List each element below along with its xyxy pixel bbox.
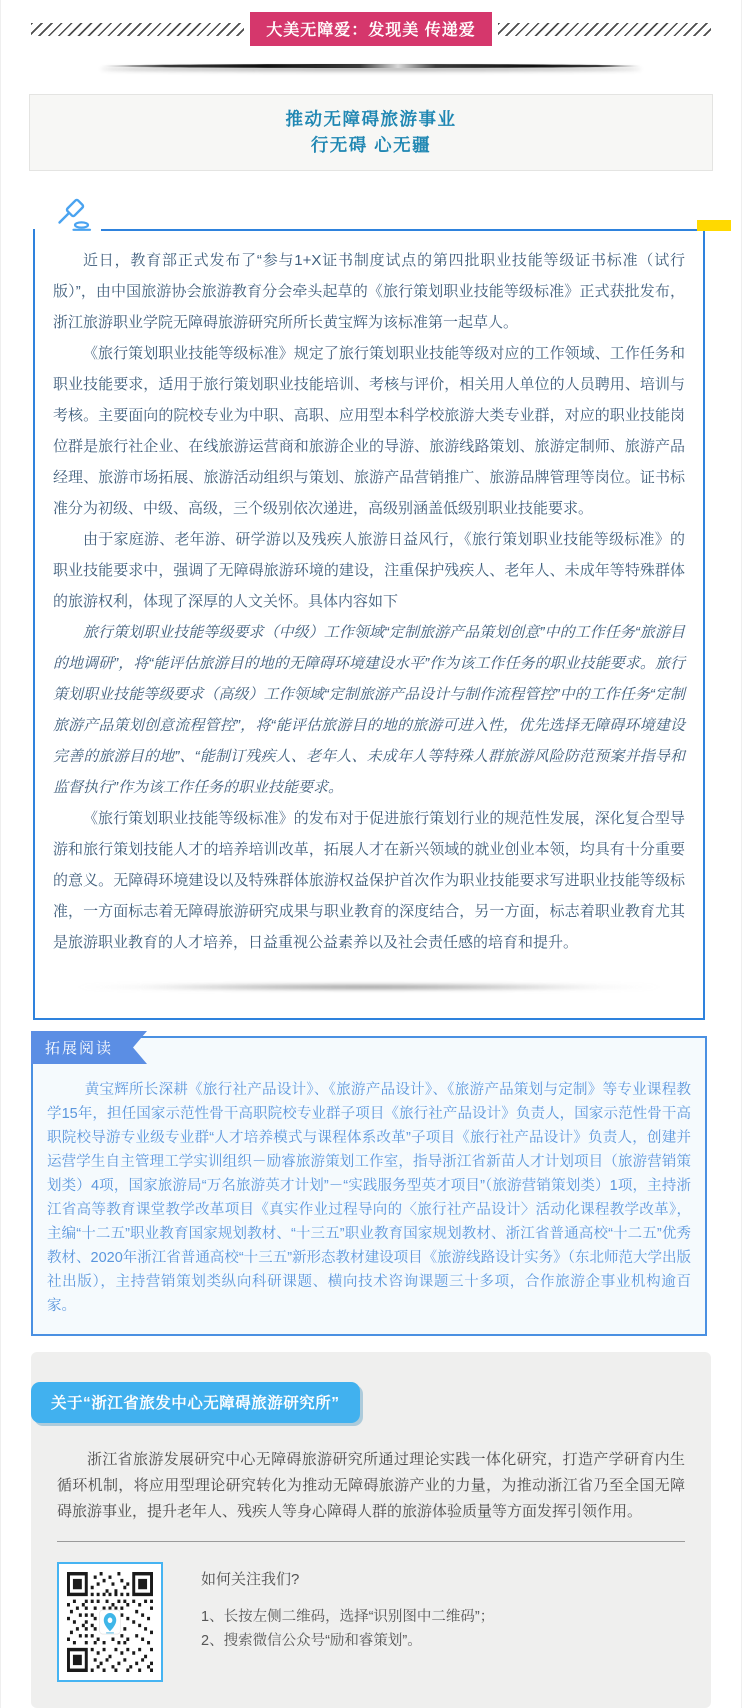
article-italic-paragraph: 旅行策划职业技能等级要求（中级）工作领域“定制旅游产品策划创意”中的工作任务“旅…: [53, 617, 685, 803]
gavel-icon: [53, 197, 93, 238]
follow-question: 如何关注我们?: [201, 1568, 494, 1589]
stripe-pattern-left: [31, 23, 244, 36]
header-banner: 大美无障爱：发现美 传递爱: [1, 12, 741, 46]
article-top-rule: [101, 229, 703, 231]
follow-steps: 1、长按左侧二维码，选择“识别图中二维码”； 2、搜索微信公众号“励和睿策划”。: [201, 1605, 494, 1653]
shadow-divider: [101, 64, 641, 68]
article-paragraph: 近日，教育部正式发布了“参与1+X证书制度试点的第四批职业技能等级证书标准（试行…: [53, 245, 685, 338]
about-body: 浙江省旅游发展研究中心无障碍旅游研究所通过理论实践一体化研究，打造产学研育内生循…: [57, 1447, 685, 1525]
qr-code[interactable]: [57, 1562, 163, 1682]
extended-reading-card: 拓展阅读 黄宝辉所长深耕《旅行社产品设计》、《旅游产品设计》、《旅游产品策划与定…: [31, 1036, 707, 1336]
page-curl-shadow: [57, 984, 681, 994]
article-paragraph: 《旅行策划职业技能等级标准》规定了旅行策划职业技能等级对应的工作领域、工作任务和…: [53, 338, 685, 524]
banner-label: 大美无障爱：发现美 传递爱: [250, 12, 491, 46]
follow-row: 如何关注我们? 1、长按左侧二维码，选择“识别图中二维码”； 2、搜索微信公众号…: [57, 1562, 685, 1682]
title-card: 推动无障碍旅游事业 行无碍 心无疆: [29, 94, 713, 171]
follow-step-1: 1、长按左侧二维码，选择“识别图中二维码”；: [201, 1605, 494, 1629]
about-section: 关于“浙江省旅发中心无障碍旅游研究所” 浙江省旅游发展研究中心无障碍旅游研究所通…: [31, 1352, 711, 1708]
stripe-pattern-right: [498, 23, 711, 36]
follow-step-2: 2、搜索微信公众号“励和睿策划”。: [201, 1629, 494, 1653]
follow-instructions: 如何关注我们? 1、长按左侧二维码，选择“识别图中二维码”； 2、搜索微信公众号…: [201, 1562, 494, 1653]
article-page: 大美无障爱：发现美 传递爱 推动无障碍旅游事业 行无碍 心无疆: [0, 0, 742, 1708]
article-card: 近日，教育部正式发布了“参与1+X证书制度试点的第四批职业技能等级证书标准（试行…: [33, 229, 705, 1020]
article-section: 近日，教育部正式发布了“参与1+X证书制度试点的第四批职业技能等级证书标准（试行…: [1, 229, 741, 1020]
article-closing-paragraph: 《旅行策划职业技能等级标准》的发布对于促进旅行策划行业的规范性发展，深化复合型导…: [53, 803, 685, 958]
page-title-line-1: 推动无障碍旅游事业: [40, 106, 702, 132]
page-title-line-2: 行无碍 心无疆: [40, 132, 702, 158]
about-badge: 关于“浙江省旅发中心无障碍旅游研究所”: [31, 1382, 360, 1423]
yellow-accent-bar: [697, 220, 731, 231]
article-paragraph: 由于家庭游、老年游、研学游以及残疾人旅游日益风行，《旅行策划职业技能等级标准》的…: [53, 524, 685, 617]
extended-reading-tag: 拓展阅读: [31, 1031, 147, 1064]
extended-reading-body: 黄宝辉所长深耕《旅行社产品设计》、《旅游产品设计》、《旅游产品策划与定制》等专业…: [47, 1078, 691, 1318]
about-divider: [57, 1541, 685, 1542]
